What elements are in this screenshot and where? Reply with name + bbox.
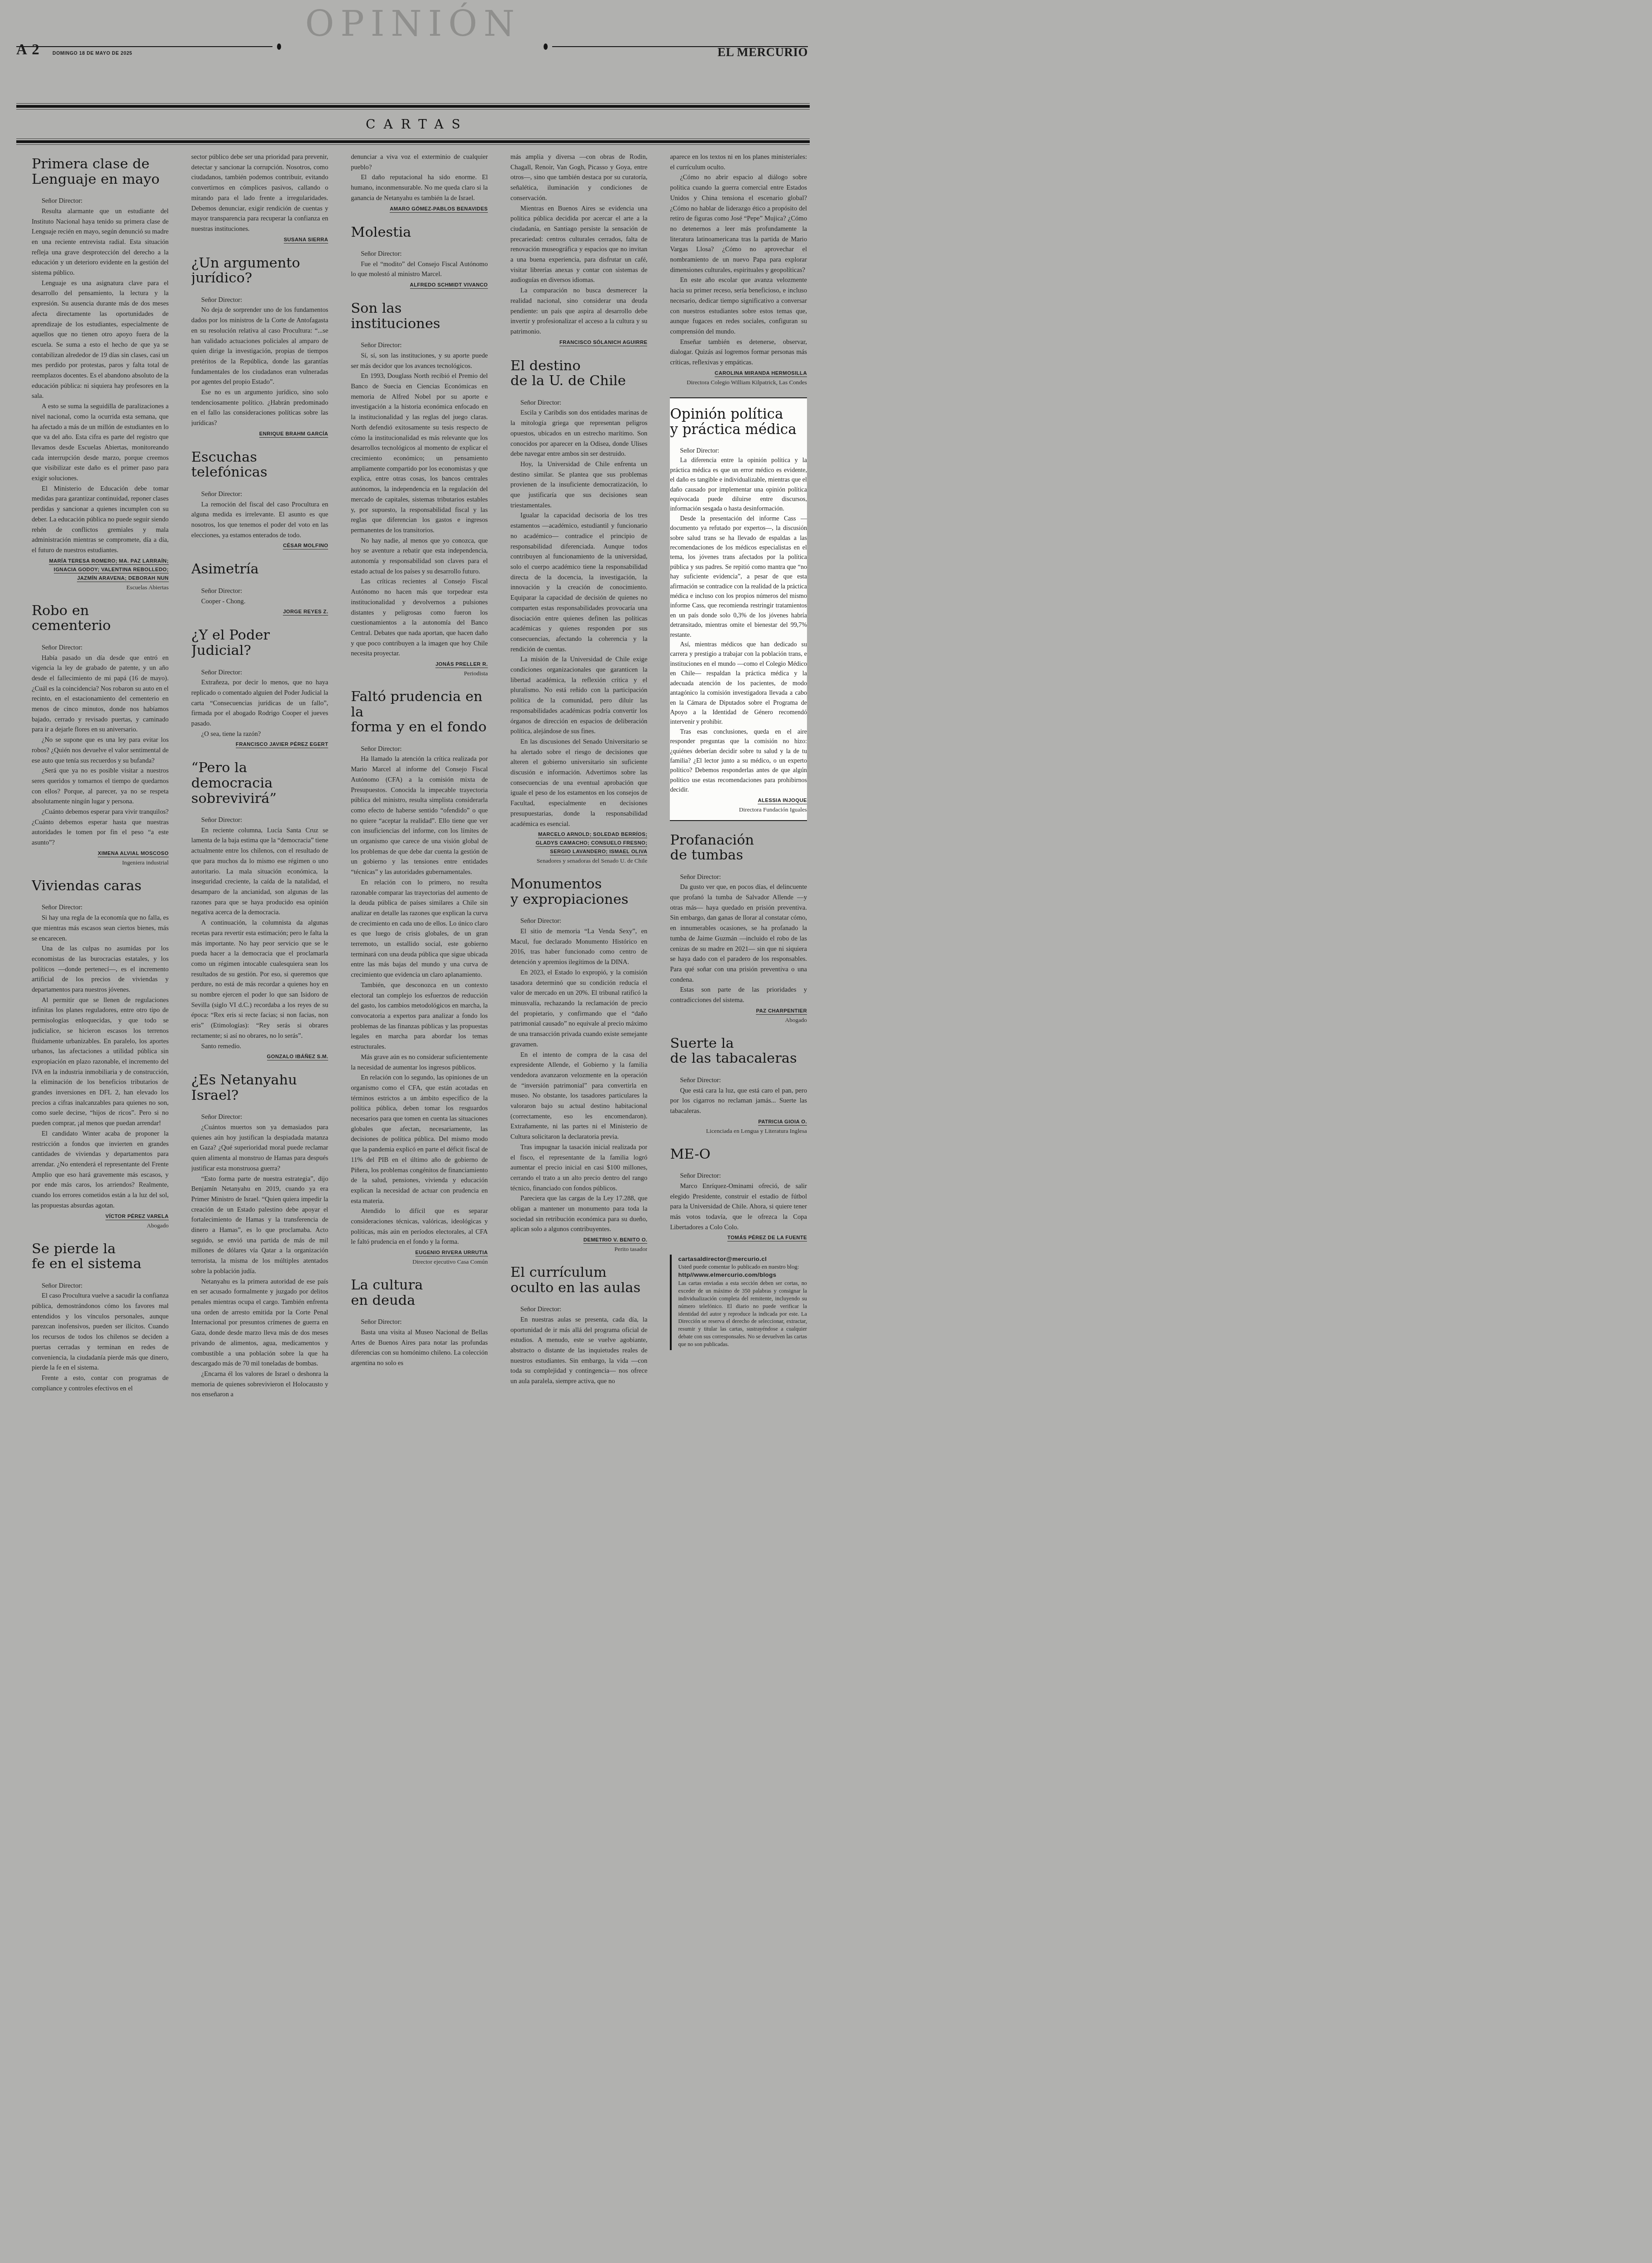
signature-name: JONÁS PRELLER R. <box>435 662 488 668</box>
letter-paragraph: ¿Cuántos muertos son ya demasiados para … <box>191 1122 329 1174</box>
letter-paragraph: Al permitir que se llenen de regulacione… <box>32 995 169 1129</box>
signature-name: GLADYS CAMACHO; CONSUELO FRESNO; <box>535 840 647 847</box>
letter: Monumentos y expropiacionesSeñor Directo… <box>511 877 648 1253</box>
signature-line: FRANCISCO JAVIER PÉREZ EGERT <box>191 740 329 749</box>
letters-columns: Primera clase de Lenguaje en mayoSeñor D… <box>0 145 826 1519</box>
column-1: Primera clase de Lenguaje en mayoSeñor D… <box>32 152 169 1519</box>
letter-paragraph: En 1993, Douglass North recibió el Premi… <box>351 371 488 535</box>
letter-salutation: Señor Director: <box>670 1075 807 1086</box>
letter-paragraph: No hay nadie, al menos que yo conozca, q… <box>351 536 488 577</box>
signature-block: ALFREDO SCHMIDT VIVANCO <box>351 281 488 289</box>
letter-paragraph: Da gusto ver que, en pocos días, el deli… <box>670 882 807 985</box>
letter-headline: El destino de la U. de Chile <box>511 358 648 389</box>
letter-paragraph: No deja de sorprender uno de los fundame… <box>191 305 329 387</box>
column-4: más amplia y diversa —con obras de Rodin… <box>511 152 648 1519</box>
letter-paragraph: La remoción del fiscal del caso Procultu… <box>191 500 329 541</box>
signature-block: JONÁS PRELLER R. <box>351 660 488 668</box>
letter: ME-OSeñor Director:Marco Enríquez-Ominam… <box>670 1147 807 1242</box>
letter-paragraph: El daño reputacional ha sido enorme. El … <box>351 172 488 203</box>
letter: Viviendas carasSeñor Director:Si hay una… <box>32 878 169 1230</box>
letter-paragraph: La misión de la Universidad de Chile exi… <box>511 654 648 737</box>
signature-block: AMARO GÓMEZ-PABLOS BENAVIDES <box>351 205 488 213</box>
letter-paragraph: ¿Cuánto debemos esperar para vivir tranq… <box>32 807 169 848</box>
letter-headline: ¿Y el Poder Judicial? <box>191 628 329 658</box>
letter-paragraph: Basta una visita al Museo Nacional de Be… <box>351 1327 488 1369</box>
letter-paragraph: La diferencia entre la opinión política … <box>670 456 807 514</box>
signature-line: JORGE REYES Z. <box>191 607 329 616</box>
letter-salutation: Señor Director: <box>511 1304 648 1315</box>
signature-line: GLADYS CAMACHO; CONSUELO FRESNO; <box>511 839 648 847</box>
column-3: denunciar a viva voz el exterminio de cu… <box>351 152 488 1519</box>
letter-salutation: Señor Director: <box>191 668 329 678</box>
letter: Son las institucionesSeñor Director:Sí, … <box>351 301 488 678</box>
signature-name: ALESSIA INJOQUE <box>758 798 807 804</box>
letter-paragraph: También, que desconozca en un contexto e… <box>351 980 488 1052</box>
letter-continuation: más amplia y diversa —con obras de Rodin… <box>511 152 648 347</box>
signature-block: CÉSAR MOLFINO <box>191 541 329 550</box>
letter-paragraph: Tras impugnar la tasación inicial realiz… <box>511 1142 648 1194</box>
letter-salutation: Señor Director: <box>511 916 648 926</box>
letter-paragraph: Fue el “modito” del Consejo Fiscal Autón… <box>351 259 488 280</box>
letter-salutation: Señor Director: <box>511 398 648 408</box>
signature-name: PATRICIA GIOIA O. <box>758 1119 807 1126</box>
letter-headline: ¿Un argumento jurídico? <box>191 256 329 286</box>
letter-paragraph: sector público debe ser una prioridad pa… <box>191 152 329 234</box>
signature-name: FRANCISCO SÓLANICH AGUIRRE <box>559 340 648 346</box>
letter-headline: Opinión política y práctica médica <box>670 406 807 437</box>
signature-block: JORGE REYES Z. <box>191 607 329 616</box>
letter: AsimetríaSeñor Director:Cooper - Chong.J… <box>191 562 329 616</box>
signature-line: SUSANA SIERRA <box>191 235 329 244</box>
signature-line: MARCELO ARNOLD; SOLEDAD BERRÍOS; <box>511 830 648 839</box>
signature-line: TOMÁS PÉREZ DE LA FUENTE <box>670 1233 807 1242</box>
signature-block: FRANCISCO SÓLANICH AGUIRRE <box>511 338 648 347</box>
letter-paragraph: Desde la presentación del informe Cass —… <box>670 514 807 640</box>
letter-salutation: Señor Director: <box>351 249 488 259</box>
letter-paragraph: Las críticas recientes al Consejo Fiscal… <box>351 577 488 659</box>
letter: ¿Un argumento jurídico?Señor Director:No… <box>191 256 329 438</box>
blog-url: http//www.elmercurio.com/blogs <box>678 1271 807 1278</box>
signature-block: PAZ CHARPENTIER <box>670 1007 807 1015</box>
letter-paragraph: A continuación, la columnista da algunas… <box>191 918 329 1041</box>
letter: MolestiaSeñor Director:Fue el “modito” d… <box>351 225 488 290</box>
signature-block: FRANCISCO JAVIER PÉREZ EGERT <box>191 740 329 749</box>
letter-headline: ¿Es Netanyahu Israel? <box>191 1073 329 1103</box>
letter-paragraph: En este año escolar que avanza velozment… <box>670 275 807 337</box>
signature-block: XIMENA ALVIAL MOSCOSO <box>32 849 169 858</box>
signer-title: Directora Colegio William Kilpatrick, La… <box>670 378 807 387</box>
letter-paragraph: “Esto forma parte de nuestra estrategia”… <box>191 1174 329 1277</box>
signer-title: Escuelas Abiertas <box>32 583 169 592</box>
letter-paragraph: En el intento de compra de la casa del e… <box>511 1050 648 1142</box>
letter-paragraph: ¿O sea, tiene la razón? <box>191 729 329 740</box>
letter-salutation: Señor Director: <box>191 489 329 500</box>
letter-paragraph: El caso Procultura vuelve a sacudir la c… <box>32 1291 169 1373</box>
letter-paragraph: En relación con lo primero, no resulta r… <box>351 878 488 980</box>
letter-paragraph: Netanyahu es la primera autoridad de ese… <box>191 1277 329 1369</box>
letter-continuation: sector público debe ser una prioridad pa… <box>191 152 329 244</box>
signature-block: TOMÁS PÉREZ DE LA FUENTE <box>670 1233 807 1242</box>
signature-line: SERGIO LAVANDERO; ISMAEL OLIVA <box>511 847 648 856</box>
letter-paragraph: En relación con lo segundo, las opinione… <box>351 1073 488 1206</box>
signature-name: ALFREDO SCHMIDT VIVANCO <box>410 282 488 289</box>
letter: La cultura en deudaSeñor Director:Basta … <box>351 1278 488 1369</box>
letter-paragraph: más amplia y diversa —con obras de Rodin… <box>511 152 648 204</box>
letter-continuation: denunciar a viva voz el exterminio de cu… <box>351 152 488 213</box>
signature-block: SUSANA SIERRA <box>191 235 329 244</box>
letter: Se pierde la fe en el sistemaSeñor Direc… <box>32 1241 169 1394</box>
letter-salutation: Señor Director: <box>351 340 488 351</box>
signature-name: CÉSAR MOLFINO <box>283 543 328 549</box>
signature-name: MARÍA TERESA ROMERO; MA. PAZ LARRAÍN; <box>49 559 168 565</box>
signature-block: ALESSIA INJOQUE <box>670 796 807 805</box>
signature-line: FRANCISCO SÓLANICH AGUIRRE <box>511 338 648 347</box>
letter: Suerte la de las tabacalerasSeñor Direct… <box>670 1036 807 1135</box>
letter: Profanación de tumbasSeñor Director:Da g… <box>670 833 807 1024</box>
letter-headline: ME-O <box>670 1147 807 1162</box>
signature-line: CÉSAR MOLFINO <box>191 541 329 550</box>
letter-salutation: Señor Director: <box>351 744 488 754</box>
letter: El currículum oculto en las aulasSeñor D… <box>511 1265 648 1387</box>
signature-line: MARÍA TERESA ROMERO; MA. PAZ LARRAÍN; <box>32 557 169 565</box>
letter-paragraph: Una de las culpas no asumidas por los ec… <box>32 944 169 995</box>
letter-paragraph: Enseñar también es detenerse, observar, … <box>670 337 807 368</box>
letter-paragraph: Cooper - Chong. <box>191 597 329 607</box>
signature-name: PAZ CHARPENTIER <box>756 1008 807 1015</box>
letter-headline: El currículum oculto en las aulas <box>511 1265 648 1295</box>
letter-paragraph: Atendido lo difícil que es separar consi… <box>351 1206 488 1247</box>
signature-name: JORGE REYES Z. <box>283 609 328 616</box>
signature-block: VÍCTOR PÉREZ VARELA <box>32 1212 169 1221</box>
signature-line: PAZ CHARPENTIER <box>670 1007 807 1015</box>
signature-name: JAZMÍN ARAVENA; DEBORAH NUN <box>77 576 168 582</box>
letter-paragraph: Santo remedio. <box>191 1041 329 1052</box>
letter-headline: Asimetría <box>191 562 329 577</box>
letter-headline: Monumentos y expropiaciones <box>511 877 648 907</box>
letter: Robo en cementerioSeñor Director:Había p… <box>32 603 169 867</box>
signature-name: XIMENA ALVIAL MOSCOSO <box>98 851 169 857</box>
letter-paragraph: El sitio de memoria “La Venda Sexy”, en … <box>511 926 648 968</box>
letter: Opinión política y práctica médicaSeñor … <box>670 397 807 821</box>
blog-intro: Usted puede comentar lo publicado en nue… <box>678 1263 807 1271</box>
signature-block: MARCELO ARNOLD; SOLEDAD BERRÍOS;GLADYS C… <box>511 830 648 856</box>
letter: Primera clase de Lenguaje en mayoSeñor D… <box>32 157 169 592</box>
letter-paragraph: Marco Enríquez-Ominami ofreció, de salir… <box>670 1181 807 1233</box>
signature-name: CAROLINA MIRANDA HERMOSILLA <box>715 371 807 377</box>
letter-headline: Faltó prudencia en la forma y en el fond… <box>351 689 488 735</box>
signature-line: JAZMÍN ARAVENA; DEBORAH NUN <box>32 574 169 582</box>
letter: El destino de la U. de ChileSeñor Direct… <box>511 358 648 865</box>
letter: Escuchas telefónicasSeñor Director:La re… <box>191 450 329 550</box>
signature-line: ALFREDO SCHMIDT VIVANCO <box>351 281 488 289</box>
letters-footer-box: cartasaldirector@mercurio.clUsted puede … <box>670 1255 807 1350</box>
column-2: sector público debe ser una prioridad pa… <box>191 152 329 1519</box>
letter-salutation: Señor Director: <box>670 446 807 456</box>
signer-title: Perito tasador <box>511 1245 648 1253</box>
letter-paragraph: Sí, sí, son las instituciones, y su apor… <box>351 351 488 371</box>
signature-block: CAROLINA MIRANDA HERMOSILLA <box>670 369 807 377</box>
letter: ¿Y el Poder Judicial?Señor Director:Extr… <box>191 628 329 749</box>
signer-title: Directora Fundación Iguales <box>670 806 807 814</box>
letter-salutation: Señor Director: <box>351 1317 488 1327</box>
double-rule-bottom <box>16 138 810 145</box>
signature-line: ALESSIA INJOQUE <box>670 796 807 805</box>
letter-paragraph: En reciente columna, Lucía Santa Cruz se… <box>191 826 329 918</box>
signer-title: Periodista <box>351 669 488 678</box>
letter-paragraph: ¿Será que ya no es posible visitar a nue… <box>32 766 169 807</box>
letter-paragraph: Escila y Caribdis son dos entidades mari… <box>511 408 648 459</box>
letter-headline: Son las instituciones <box>351 301 488 331</box>
edition-date: DOMINGO 18 DE MAYO DE 2025 <box>53 51 132 56</box>
letter-salutation: Señor Director: <box>191 815 329 826</box>
letter-salutation: Señor Director: <box>191 586 329 597</box>
signature-name: AMARO GÓMEZ-PABLOS BENAVIDES <box>390 206 488 213</box>
signature-name: FRANCISCO JAVIER PÉREZ EGERT <box>236 742 328 748</box>
letter-paragraph: Había pasado un día desde que entró en v… <box>32 653 169 735</box>
masthead-dot-right <box>544 43 548 50</box>
signature-block: DEMETRIO V. BENITO O. <box>511 1236 648 1244</box>
letter-paragraph: En las discusiones del Senado Universita… <box>511 737 648 829</box>
letter-paragraph: Más grave aún es no considerar suficient… <box>351 1052 488 1073</box>
letter-headline: Molestia <box>351 225 488 240</box>
letter-paragraph: Ha llamado la atención la crítica realiz… <box>351 754 488 877</box>
letter-paragraph: Si hay una regla de la economía que no f… <box>32 913 169 944</box>
signature-block: EUGENIO RIVERA URRUTIA <box>351 1248 488 1257</box>
letter-headline: Suerte la de las tabacaleras <box>670 1036 807 1066</box>
subsection-title: CARTAS <box>358 117 468 132</box>
masthead-rule-left <box>16 46 272 47</box>
letter-paragraph: Mientras en Buenos Aires se evidencia un… <box>511 204 648 286</box>
letter-paragraph: Extrañeza, por decir lo menos, que no ha… <box>191 678 329 729</box>
signature-line: XIMENA ALVIAL MOSCOSO <box>32 849 169 858</box>
signature-name: EUGENIO RIVERA URRUTIA <box>415 1250 488 1256</box>
letter: Faltó prudencia en la forma y en el fond… <box>351 689 488 1266</box>
masthead: OPINIÓN A 2 DOMINGO 18 DE MAYO DE 2025 E… <box>0 0 826 103</box>
letter-headline: Primera clase de Lenguaje en mayo <box>32 157 169 187</box>
signature-name: GONZALO IBÁÑEZ S.M. <box>267 1054 329 1060</box>
letter-paragraph: Frente a esto, contar con programas de c… <box>32 1373 169 1394</box>
letter-salutation: Señor Director: <box>670 1171 807 1181</box>
newspaper-brand: EL MERCURIO <box>717 45 808 59</box>
masthead-rules <box>16 43 808 50</box>
letter-paragraph: Ese no es un argumento jurídico, sino so… <box>191 387 329 429</box>
signer-title: Director ejecutivo Casa Común <box>351 1258 488 1266</box>
signature-name: TOMÁS PÉREZ DE LA FUENTE <box>727 1235 807 1241</box>
signature-name: MARCELO ARNOLD; SOLEDAD BERRÍOS; <box>538 832 647 838</box>
letter-salutation: Señor Director: <box>32 196 169 206</box>
letter-continuation: aparece en los textos ni en los planes m… <box>670 152 807 387</box>
signature-name: ENRIQUE BRAHM GARCÍA <box>259 431 328 438</box>
letter-paragraph: ¿Cómo no abrir espacio al diálogo sobre … <box>670 172 807 275</box>
letters-email: cartasaldirector@mercurio.cl <box>678 1256 807 1262</box>
signature-block: GONZALO IBÁÑEZ S.M. <box>191 1052 329 1061</box>
page-number: A 2 <box>16 42 40 58</box>
letter-paragraph: ¿Encarna él los valores de Israel o desh… <box>191 1369 329 1400</box>
letter-paragraph: En nuestras aulas se presenta, cada día,… <box>511 1315 648 1387</box>
signature-line: EUGENIO RIVERA URRUTIA <box>351 1248 488 1257</box>
letter-paragraph: Lenguaje es una asignatura clave para el… <box>32 278 169 401</box>
signature-line: VÍCTOR PÉREZ VARELA <box>32 1212 169 1221</box>
signer-title: Abogado <box>32 1222 169 1230</box>
letter-salutation: Señor Director: <box>191 295 329 306</box>
letter-headline: Viviendas caras <box>32 878 169 894</box>
letter-headline: Escuchas telefónicas <box>191 450 329 480</box>
letter-paragraph: Pareciera que las cargas de la Ley 17.28… <box>511 1194 648 1235</box>
letter-salutation: Señor Director: <box>670 872 807 883</box>
signature-name: SUSANA SIERRA <box>284 237 328 243</box>
letter-paragraph: denunciar a viva voz el exterminio de cu… <box>351 152 488 172</box>
signature-line: DEMETRIO V. BENITO O. <box>511 1236 648 1244</box>
letter-paragraph: aparece en los textos ni en los planes m… <box>670 152 807 172</box>
signature-name: DEMETRIO V. BENITO O. <box>583 1237 647 1244</box>
letter: “Pero la democracia sobrevivirá”Señor Di… <box>191 760 329 1061</box>
letter-paragraph: En 2023, el Estado lo expropió, y la com… <box>511 968 648 1050</box>
signature-block: PATRICIA GIOIA O. <box>670 1117 807 1126</box>
letter-paragraph: Estas son parte de las prioridades y con… <box>670 985 807 1005</box>
signature-name: IGNACIA GODOY; VALENTINA REBOLLEDO; <box>54 567 169 573</box>
letter-paragraph: A esto se suma la seguidilla de paraliza… <box>32 401 169 484</box>
signature-line: CAROLINA MIRANDA HERMOSILLA <box>670 369 807 377</box>
signature-line: IGNACIA GODOY; VALENTINA REBOLLEDO; <box>32 565 169 574</box>
section-title: OPINIÓN <box>0 4 826 44</box>
letter-paragraph: Que está cara la luz, que está caro el p… <box>670 1086 807 1117</box>
signature-line: PATRICIA GIOIA O. <box>670 1117 807 1126</box>
letter-headline: Profanación de tumbas <box>670 833 807 863</box>
letter-salutation: Señor Director: <box>191 1112 329 1122</box>
letter-paragraph: El Ministerio de Educación debe tomar me… <box>32 484 169 556</box>
letter: ¿Es Netanyahu Israel?Señor Director:¿Cuá… <box>191 1073 329 1400</box>
letter-paragraph: Así, mientras médicos que han dedicado s… <box>670 640 807 727</box>
signature-line: GONZALO IBÁÑEZ S.M. <box>191 1052 329 1061</box>
letter-paragraph: El candidato Winter acaba de proponer la… <box>32 1129 169 1211</box>
letter-headline: La cultura en deuda <box>351 1278 488 1308</box>
masthead-dot-left <box>277 43 281 50</box>
double-rule-top <box>16 103 810 110</box>
signer-title: Licenciada en Lengua y Literatura Ingles… <box>670 1127 807 1135</box>
signature-block: MARÍA TERESA ROMERO; MA. PAZ LARRAÍN;IGN… <box>32 557 169 582</box>
signer-title: Senadores y senadoras del Senado U. de C… <box>511 857 648 865</box>
signature-line: AMARO GÓMEZ-PABLOS BENAVIDES <box>351 205 488 213</box>
signature-line: JONÁS PRELLER R. <box>351 660 488 668</box>
signature-name: SERGIO LAVANDERO; ISMAEL OLIVA <box>550 849 647 855</box>
letter-headline: Robo en cementerio <box>32 603 169 634</box>
letter-paragraph: La comparación no busca desmerecer la re… <box>511 286 648 337</box>
signature-name: VÍCTOR PÉREZ VARELA <box>105 1214 169 1220</box>
letter-paragraph: Hoy, la Universidad de Chile enfrenta un… <box>511 459 648 511</box>
signer-title: Ingeniera industrial <box>32 859 169 867</box>
letter-headline: “Pero la democracia sobrevivirá” <box>191 760 329 806</box>
letter-paragraph: Tras esas conclusiones, queda en el aire… <box>670 727 807 795</box>
signature-block: ENRIQUE BRAHM GARCÍA <box>191 430 329 438</box>
letter-salutation: Señor Director: <box>32 1281 169 1291</box>
cartas-band: CARTAS <box>0 110 826 138</box>
letter-salutation: Señor Director: <box>32 902 169 913</box>
letters-policy: Las cartas enviadas a esta sección deben… <box>678 1280 807 1348</box>
letter-headline: Se pierde la fe en el sistema <box>32 1241 169 1272</box>
column-5: aparece en los textos ni en los planes m… <box>670 152 807 1519</box>
letter-paragraph: ¿No se supone que es una ley para evitar… <box>32 735 169 766</box>
letter-salutation: Señor Director: <box>32 643 169 653</box>
signer-title: Abogado <box>670 1016 807 1024</box>
letter-paragraph: Igualar la capacidad decisoria de los tr… <box>511 511 648 654</box>
letter-paragraph: Resulta alarmante que un estudiante del … <box>32 206 169 278</box>
signature-line: ENRIQUE BRAHM GARCÍA <box>191 430 329 438</box>
